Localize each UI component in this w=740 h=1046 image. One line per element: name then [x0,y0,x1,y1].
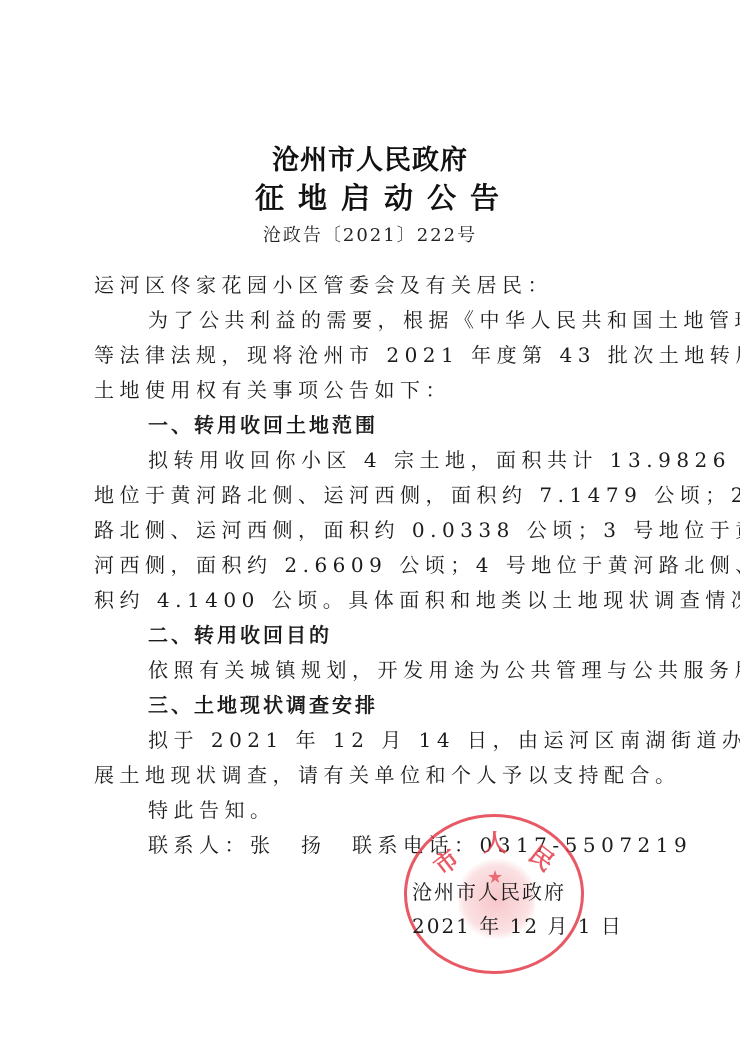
document-number: 沧政告〔2021〕222号 [0,221,740,247]
notice-body: 运河区佟家花园小区管委会及有关居民： 为了公共利益的需要，根据《中华人民共和国土… [94,268,666,863]
addressee: 运河区佟家花园小区管委会及有关居民： [94,268,666,303]
section-1-line: 地位于黄河路北侧、运河西侧，面积约 7.1479 公顷；2 号地位于黄河 [94,478,666,513]
notice-title: 征地启动公告 [0,176,740,217]
section-1-line: 河西侧，面积约 2.6609 公顷；4 号地位于黄河路北侧、运河东侧，面 [94,548,666,583]
section-1-line: 积约 4.1400 公顷。具体面积和地类以土地现状调查情况为准。 [94,583,666,618]
stamp-ring-char: 人 [483,823,507,858]
stamp-ring-char: 民 [523,835,563,877]
intro-line: 等法律法规，现将沧州市 2021 年度第 43 批次土地转用收回国有 [94,338,666,373]
section-heading-1: 一、转用收回土地范围 [94,408,666,443]
closing-text: 特此告知。 [94,793,666,828]
section-heading-2: 二、转用收回目的 [94,618,666,653]
intro-line: 为了公共利益的需要，根据《中华人民共和国土地管理法》 [94,303,666,338]
contact-line: 联系人：张 扬 联系电话：0317-5507219 [94,828,666,863]
intro-line: 土地使用权有关事项公告如下： [94,373,666,408]
section-1-line: 拟转用收回你小区 4 宗土地，面积共计 13.9826 公顷。其中 1 号 [94,443,666,478]
section-2-line: 依照有关城镇规划，开发用途为公共管理与公共服务用地。 [94,653,666,688]
signature-date: 2021 年 12 月 1 日 [412,910,623,939]
section-1-line: 路北侧、运河西侧，面积约 0.0338 公顷；3 号地位于黄河路北侧、运 [94,513,666,548]
section-3-line: 展土地现状调查，请有关单位和个人予以支持配合。 [94,758,666,793]
section-3-line: 拟于 2021 年 12 月 14 日，由运河区南湖街道办事处赴你村开 [94,723,666,758]
signature-organization: 沧州市人民政府 [412,876,566,905]
section-heading-3: 三、土地现状调查安排 [94,688,666,723]
issuer-title: 沧州市人民政府 [0,138,740,177]
